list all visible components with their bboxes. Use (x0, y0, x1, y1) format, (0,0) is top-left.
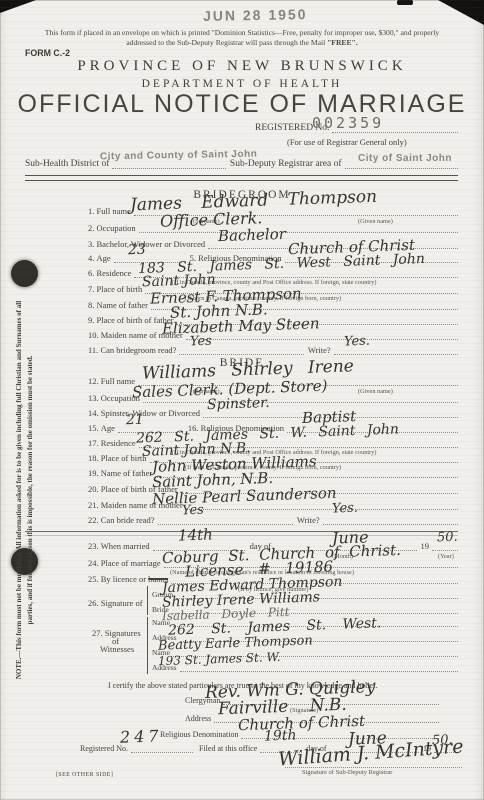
department-heading: DEPARTMENT OF HEALTH (0, 78, 484, 90)
document-title: OFFICIAL NOTICE OF MARRIAGE (0, 90, 484, 119)
field-23-day-value: 14th (178, 527, 213, 543)
sub-health-district-label: Sub-Health District of (25, 159, 109, 169)
field-27-label-line3: Witnesses (100, 644, 134, 654)
field-18-label: Place of birth (101, 453, 147, 463)
field-6-number: 6. (88, 268, 94, 278)
religious-denomination-label: Religious Denomination (160, 730, 238, 739)
sub-deputy-area-label: Sub-Deputy Registrar area of (230, 159, 342, 169)
field-3-number: 3. (88, 239, 94, 249)
field-8-label: Name of father (97, 300, 148, 310)
see-other-side-note: [SEE OTHER SIDE] (56, 772, 113, 778)
field-11-number: 11. (88, 345, 98, 355)
date-received-stamp: JUN 28 1950 (203, 6, 308, 24)
write-label: Write? (308, 345, 331, 355)
field-6-label: Residence (97, 268, 132, 278)
form-number: FORM C.-2 (25, 48, 70, 58)
field-27-number: 27. (92, 628, 103, 638)
registrar-general-note: (For use of Registrar General only) (287, 137, 407, 147)
scan-smudge (397, 0, 413, 5)
field-8-number: 8. (88, 300, 94, 310)
registered-number-stamp: 002359 (312, 114, 384, 132)
field-26-number: 26. (88, 598, 99, 608)
field-1-label: Full name (97, 206, 131, 216)
clergyman-address-label: Address (185, 714, 211, 723)
field-21-number: 21. (88, 500, 99, 510)
field-9-number: 9. (88, 315, 94, 325)
field-15-label: Age (101, 423, 115, 433)
field-18-number: 18. (88, 453, 99, 463)
field-15-number: 15. (88, 423, 99, 433)
field-26-label-text: Signature of (101, 598, 143, 608)
field-23-label: When married (101, 541, 150, 551)
religious-denomination-value: Church of Christ (238, 714, 365, 733)
field-22-label: Can bride read? (101, 515, 155, 525)
field-2-label: Occupation (97, 223, 136, 233)
field-13-number: 13. (88, 393, 99, 403)
field-2-number: 2. (88, 223, 94, 233)
field-4-label: Age (97, 253, 111, 263)
section-divider (25, 531, 458, 536)
witness-bracket (147, 617, 151, 674)
field-23-year-value: 50. (437, 531, 458, 545)
mail-instruction-line1: This form if placed in an envelope on wh… (0, 28, 484, 37)
write-label: Write? (297, 515, 320, 525)
field-25-label: By licence or (101, 574, 146, 584)
field-12-number: 12. (88, 376, 99, 386)
mail-instruction-free: "FREE". (327, 38, 358, 47)
field-22-write-value: Yes. (332, 502, 358, 516)
field-4-value: 23 (128, 243, 146, 258)
field-4-number: 4. (88, 253, 94, 263)
scan-corner-mark (0, 0, 36, 13)
footer-registered-value: 247 (120, 728, 163, 745)
section-divider (25, 175, 458, 181)
field-17-number: 17. (88, 438, 99, 448)
field-14-label: Spinster, Widow or Divorced (101, 408, 200, 418)
field-22-value: Yes (182, 504, 204, 518)
field-10-number: 10. (88, 330, 99, 340)
field-20-number: 20. (88, 484, 99, 494)
filed-label: Filed at this office (199, 744, 257, 753)
field-26-label: 26. Signature of (88, 598, 143, 608)
mail-instruction-line2-text: addressed to the Sub-Deputy Registrar wi… (126, 38, 327, 47)
field-14-value: Spinster. (207, 396, 270, 412)
field-27-label-text1: Signatures (105, 628, 141, 638)
field-19-number: 19. (88, 468, 99, 478)
marriage-notice-document: NOTE.—This form must not be mutilated. A… (0, 0, 484, 800)
field-7-label: Place of birth (97, 284, 143, 294)
field-23-number: 23. (88, 541, 99, 551)
field-24-label: Place of marriage (101, 558, 161, 568)
province-heading: PROVINCE OF NEW BRUNSWICK (0, 58, 484, 75)
field-11-value: Yes (190, 335, 212, 349)
area-stamp: City of Saint John (358, 153, 452, 164)
field-19-label: Name of father (101, 468, 152, 478)
field-15-value: 21 (126, 413, 144, 428)
field-25-number: 25. (88, 574, 99, 584)
sub-deputy-signature-label: Signature of Sub-Deputy Registrar (302, 769, 392, 776)
field-7-number: 7. (88, 284, 94, 294)
margin-note: NOTE.—This form must not be mutilated. A… (14, 276, 36, 704)
field-3-value: Bachelor (218, 227, 286, 244)
field-12-label: Full name (101, 376, 135, 386)
year-prefix: 19 (421, 541, 430, 551)
field-11-label: Can bridegroom read? (100, 345, 176, 355)
field-11-write-value: Yes. (344, 335, 370, 349)
margin-note-line1: NOTE.—This form must not be mutilated. A… (14, 276, 25, 704)
field-14-number: 14. (88, 408, 99, 418)
field-3-label: Bachelor, Widower or Divorced (97, 239, 206, 249)
field-22-number: 22. (88, 515, 99, 525)
mail-instruction-line2: addressed to the Sub-Deputy Registrar wi… (0, 38, 484, 47)
margin-note-line2: parties, and if for any reason this is i… (25, 276, 36, 704)
field-17-label: Residence (101, 438, 136, 448)
field-1-number: 1. (88, 206, 94, 216)
scan-corner-mark (438, 0, 484, 25)
dotted-line (158, 513, 293, 525)
filed-day-value: 19th (264, 728, 297, 743)
field-24-number: 24. (88, 558, 99, 568)
signature-bracket (147, 586, 151, 615)
